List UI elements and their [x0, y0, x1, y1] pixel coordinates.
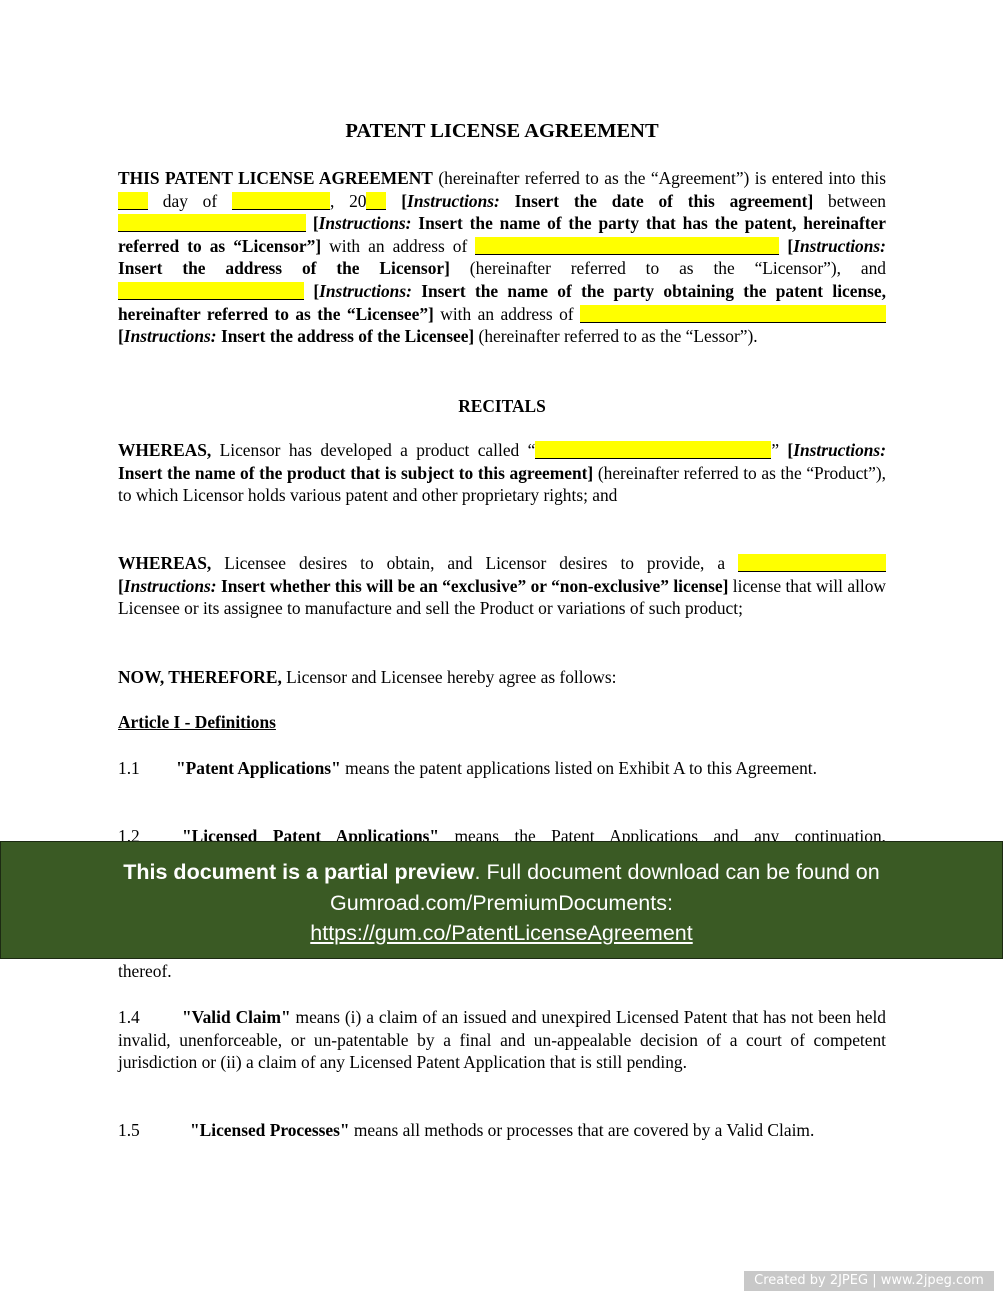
month-blank[interactable]	[232, 192, 330, 210]
intro-lead: THIS PATENT LICENSE AGREEMENT	[118, 168, 433, 188]
article-title: Article I - Definitions	[118, 712, 276, 732]
whereas-lead: WHEREAS,	[118, 440, 211, 460]
instruction-label: Instructions:	[319, 213, 412, 233]
whereas-text: ”	[771, 440, 779, 460]
definition-term: "Licensed Processes"	[190, 1120, 350, 1140]
instruction-text: Insert the date of this agreement]	[500, 191, 813, 211]
instruction-label: Instructions:	[124, 326, 217, 346]
whereas-text: Licensor has developed a product called …	[211, 440, 535, 460]
year-blank[interactable]	[366, 192, 386, 210]
day-blank[interactable]	[118, 192, 148, 210]
whereas-paragraph-1: WHEREAS, Licensor has developed a produc…	[118, 439, 886, 507]
instruction-text: Insert the address of the Licensor]	[118, 258, 450, 278]
whereas-paragraph-2: WHEREAS, Licensee desires to obtain, and…	[118, 552, 886, 620]
definition-text: means the patent applications listed on …	[341, 758, 817, 778]
instruction-label: Instructions:	[793, 236, 886, 256]
watermark: Created by 2JPEG | www.2jpeg.com	[744, 1271, 994, 1291]
definition-term: "Patent Applications"	[176, 758, 341, 778]
document-title: PATENT LICENSE AGREEMENT	[118, 120, 886, 143]
intro-text: with an address of	[321, 236, 475, 256]
product-name-blank[interactable]	[535, 441, 771, 459]
instruction-text: Insert the address of the Licensee]	[217, 326, 475, 346]
whereas-text: Licensee desires to obtain, and Licensor…	[211, 553, 738, 573]
intro-text: day of	[148, 191, 232, 211]
definition-number: 1.1	[118, 757, 176, 780]
instruction-label: Instructions:	[124, 576, 217, 596]
definition-1-4: 1.4"Valid Claim" means (i) a claim of an…	[118, 1006, 886, 1074]
licensee-address-blank[interactable]	[580, 305, 886, 323]
intro-text: with an address of	[434, 304, 580, 324]
intro-text: , 20	[330, 191, 367, 211]
banner-bold-text: This document is a partial preview	[123, 860, 474, 884]
instruction-label: Instructions:	[319, 281, 412, 301]
instruction-text: Insert whether this will be an “exclusiv…	[217, 576, 729, 596]
now-therefore-lead: NOW, THEREFORE,	[118, 667, 282, 687]
preview-banner: This document is a partial preview. Full…	[0, 841, 1003, 959]
definition-number: 1.4	[118, 1006, 182, 1029]
licensor-name-blank[interactable]	[118, 214, 306, 232]
instruction-label: Instructions:	[793, 440, 886, 460]
now-therefore-text: Licensor and Licensee hereby agree as fo…	[282, 667, 617, 687]
definition-text: means all methods or processes that are …	[350, 1120, 815, 1140]
definition-1-5: 1.5"Licensed Processes" means all method…	[118, 1119, 886, 1142]
licensor-address-blank[interactable]	[475, 237, 779, 255]
definition-tail: thereof.	[118, 960, 886, 983]
instruction-text: Insert the name of the product that is s…	[118, 463, 593, 483]
definition-1-1: 1.1"Patent Applications" means the paten…	[118, 757, 886, 780]
intro-text: between	[813, 191, 886, 211]
recitals-heading: RECITALS	[118, 396, 886, 417]
article-heading: Article I - Definitions	[118, 711, 886, 734]
instruction-label: Instructions:	[407, 191, 500, 211]
gumroad-link[interactable]: https://gum.co/PatentLicenseAgreement	[310, 921, 692, 945]
license-type-blank[interactable]	[738, 554, 886, 572]
intro-text: (hereinafter referred to as the “Lessor”…	[474, 326, 757, 346]
intro-text: (hereinafter referred to as the “Agreeme…	[433, 168, 886, 188]
whereas-lead: WHEREAS,	[118, 553, 211, 573]
intro-text: (hereinafter referred to as the “Licenso…	[450, 258, 886, 278]
intro-paragraph: THIS PATENT LICENSE AGREEMENT (hereinaft…	[118, 167, 886, 348]
definition-term: "Valid Claim"	[182, 1007, 291, 1027]
now-therefore-paragraph: NOW, THEREFORE, Licensor and Licensee he…	[118, 666, 886, 689]
licensee-name-blank[interactable]	[118, 282, 304, 300]
definition-number: 1.5	[118, 1119, 190, 1142]
